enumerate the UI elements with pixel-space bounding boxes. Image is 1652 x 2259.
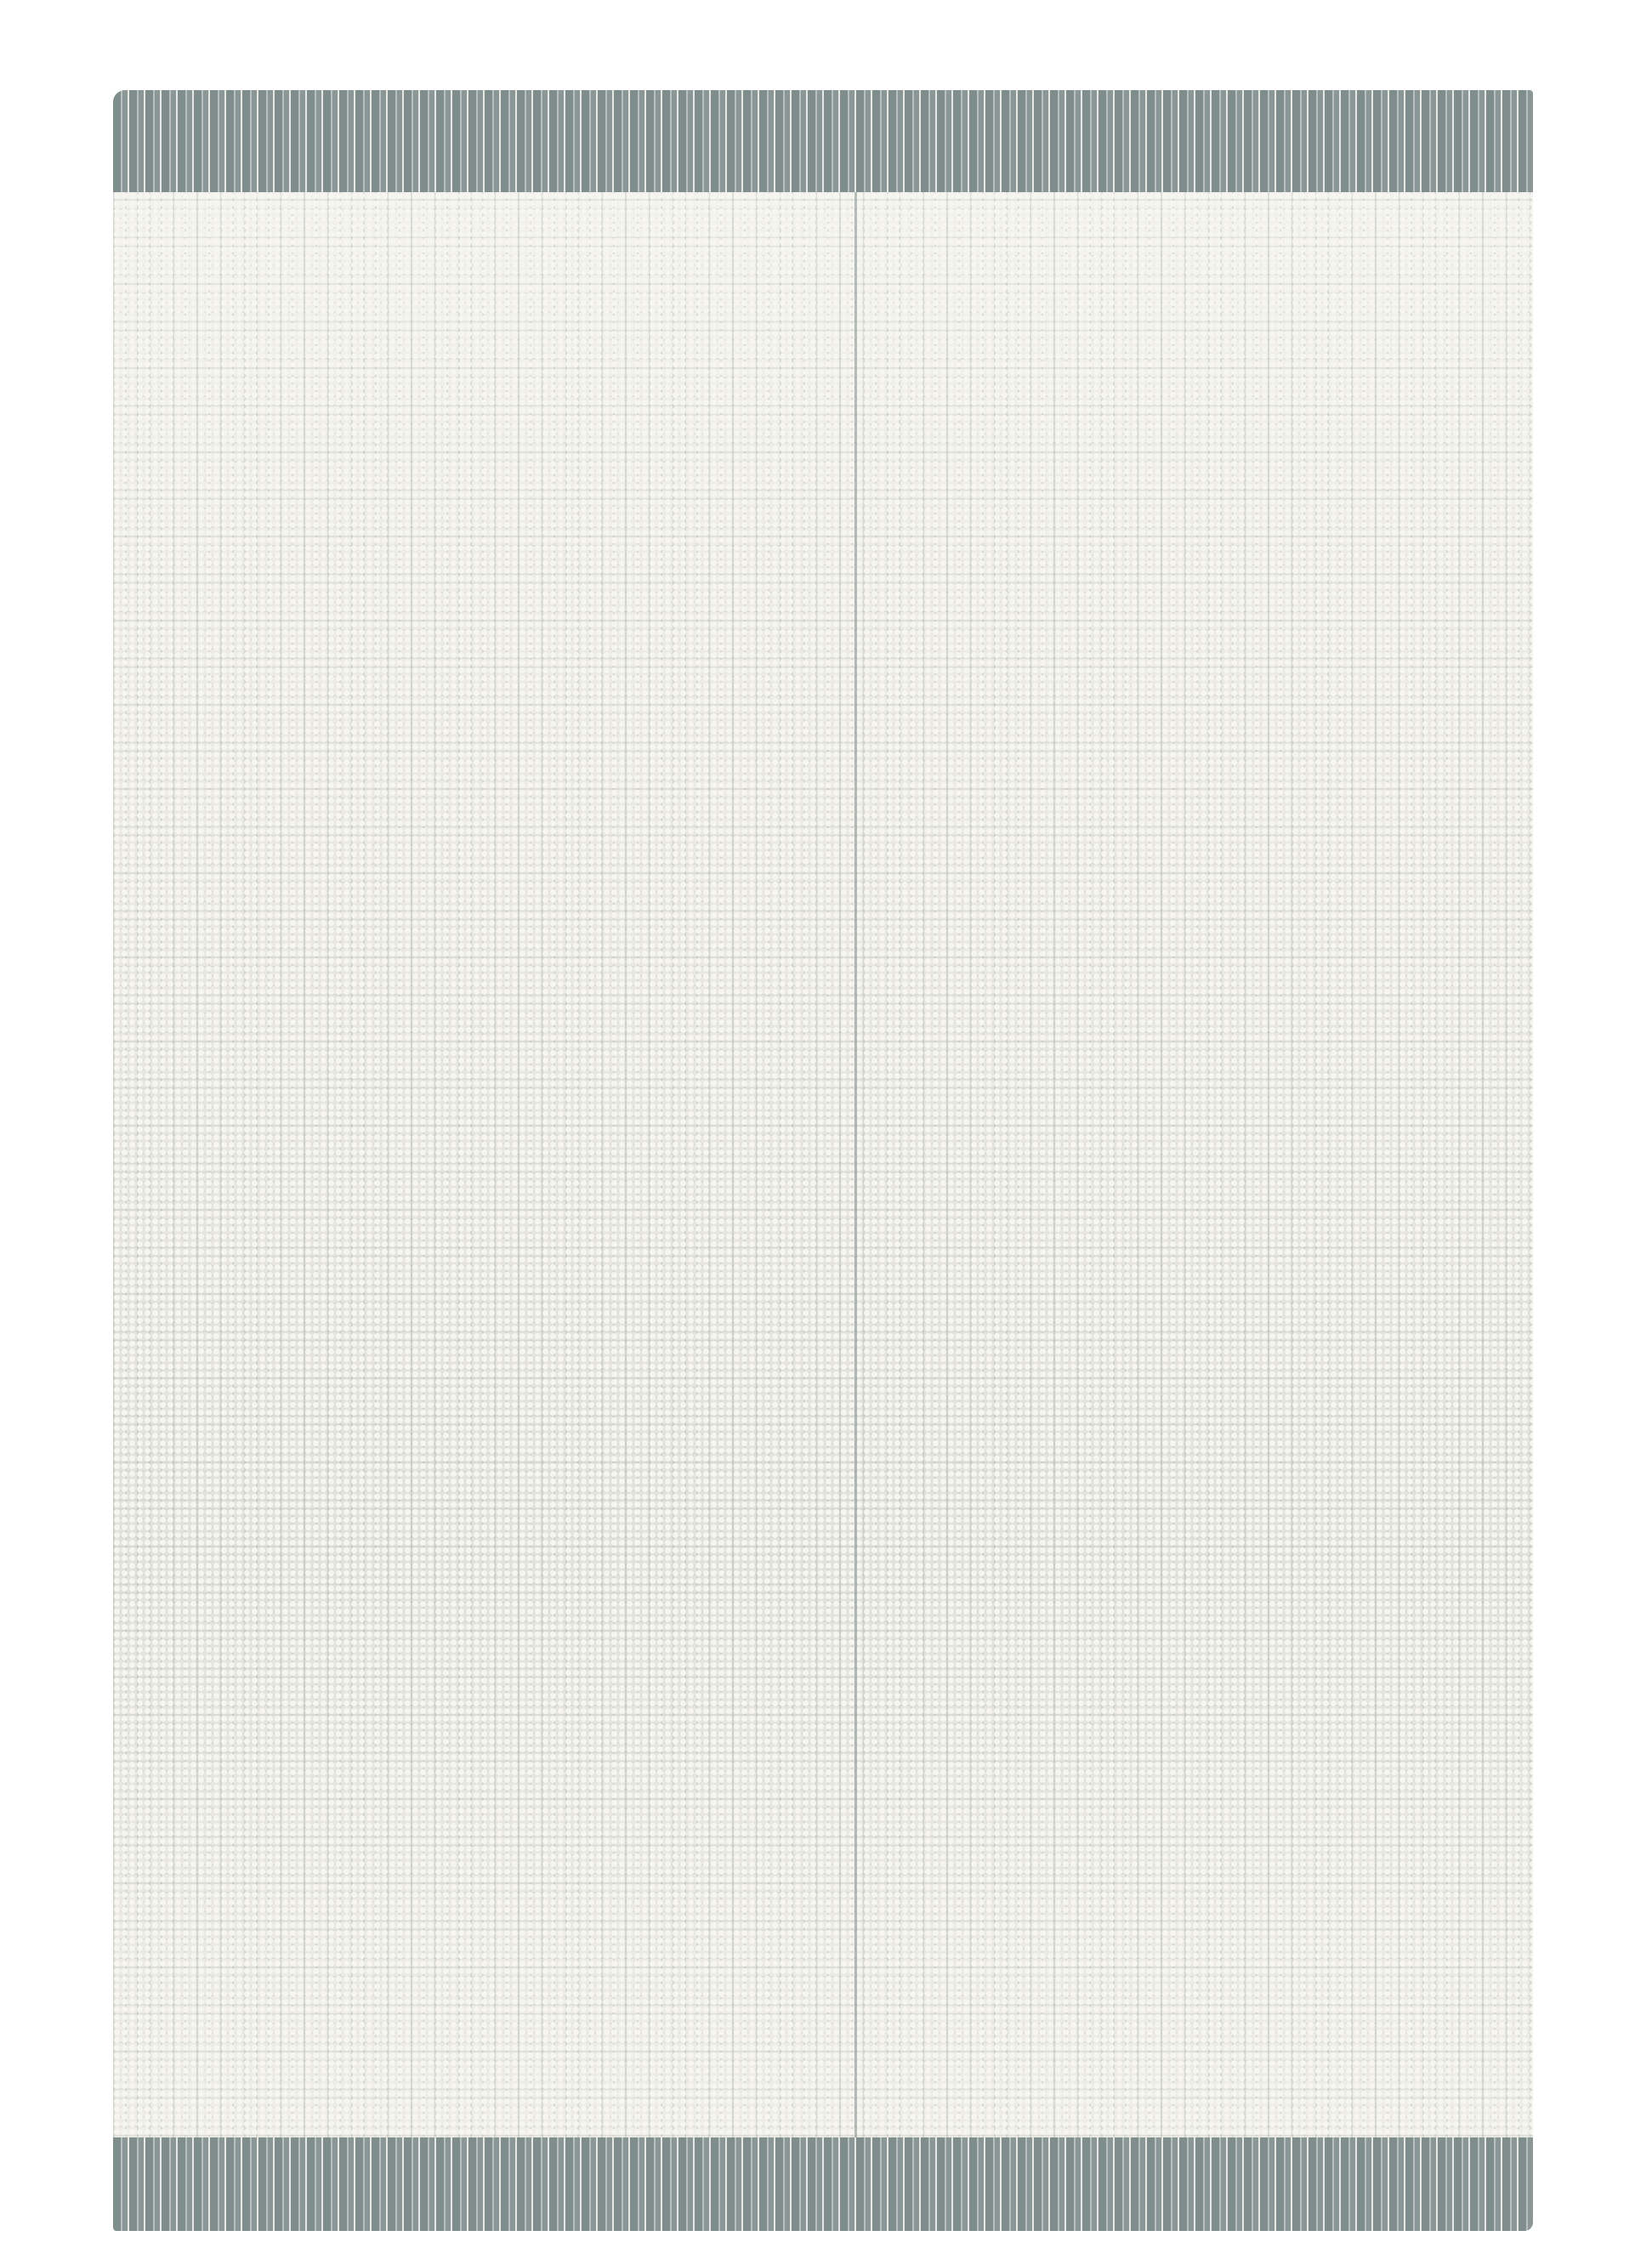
center-seam (854, 192, 857, 2146)
rug (113, 90, 1533, 2231)
rug-pile-field (113, 192, 1533, 2146)
bottom-striped-band (113, 2137, 1533, 2231)
top-striped-band (113, 90, 1533, 203)
